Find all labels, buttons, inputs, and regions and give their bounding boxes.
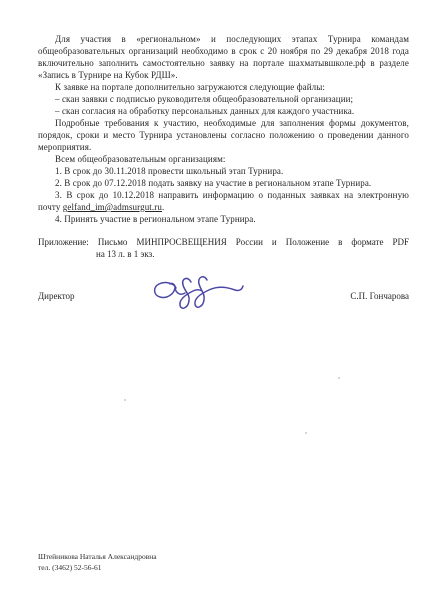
executor-phone: тел. (3462) 52-56-61 <box>38 562 157 573</box>
scan-speck <box>124 399 126 401</box>
numbered-item-3: 3. В срок до 10.12.2018 направить информ… <box>38 189 409 213</box>
paragraph-requirements: Подробные требования к участию, необходи… <box>38 117 409 153</box>
attachment-note: Приложение: Письмо МИНПРОСВЕЩЕНИЯ России… <box>38 236 409 260</box>
scan-speck <box>305 432 307 434</box>
document-page: Для участия в «региональном» и последующ… <box>0 0 424 599</box>
signer-name: С.П. Гончарова <box>350 290 409 302</box>
attachment-line-1: Приложение: Письмо МИНПРОСВЕЩЕНИЯ России… <box>38 236 409 248</box>
paragraph-orgs-intro: Всем общеобразовательным организациям: <box>38 153 409 165</box>
signature-block: Директор С.П. Гончарова <box>38 273 409 319</box>
paragraph-files-intro: К заявке на портале дополнительно загруж… <box>38 81 409 93</box>
signature-ink <box>150 274 246 318</box>
executor-name: Штейникова Наталья Александровна <box>38 551 157 562</box>
executor-info: Штейникова Наталья Александровна тел. (3… <box>38 551 157 573</box>
scan-speck <box>338 377 340 379</box>
numbered-item-3-period: . <box>162 202 164 212</box>
dash-list-item-scan-consent: – скан согласия на обработку персональны… <box>38 105 409 117</box>
paragraph-participation: Для участия в «региональном» и последующ… <box>38 33 409 81</box>
letter-body: Для участия в «региональном» и последующ… <box>38 33 409 319</box>
dash-list-item-scan-application: – скан заявки с подписью руководителя об… <box>38 93 409 105</box>
attachment-line-2: на 13 л. в 1 экз. <box>38 248 409 260</box>
numbered-item-4: 4. Принять участие в региональном этапе … <box>38 213 409 225</box>
numbered-item-1: 1. В срок до 30.11.2018 провести школьны… <box>38 165 409 177</box>
email-link[interactable]: gelfand_im@admsurgut.ru <box>63 202 162 212</box>
numbered-item-2: 2. В срок до 07.12.2018 подать заявку на… <box>38 177 409 189</box>
signer-title: Директор <box>38 290 75 302</box>
